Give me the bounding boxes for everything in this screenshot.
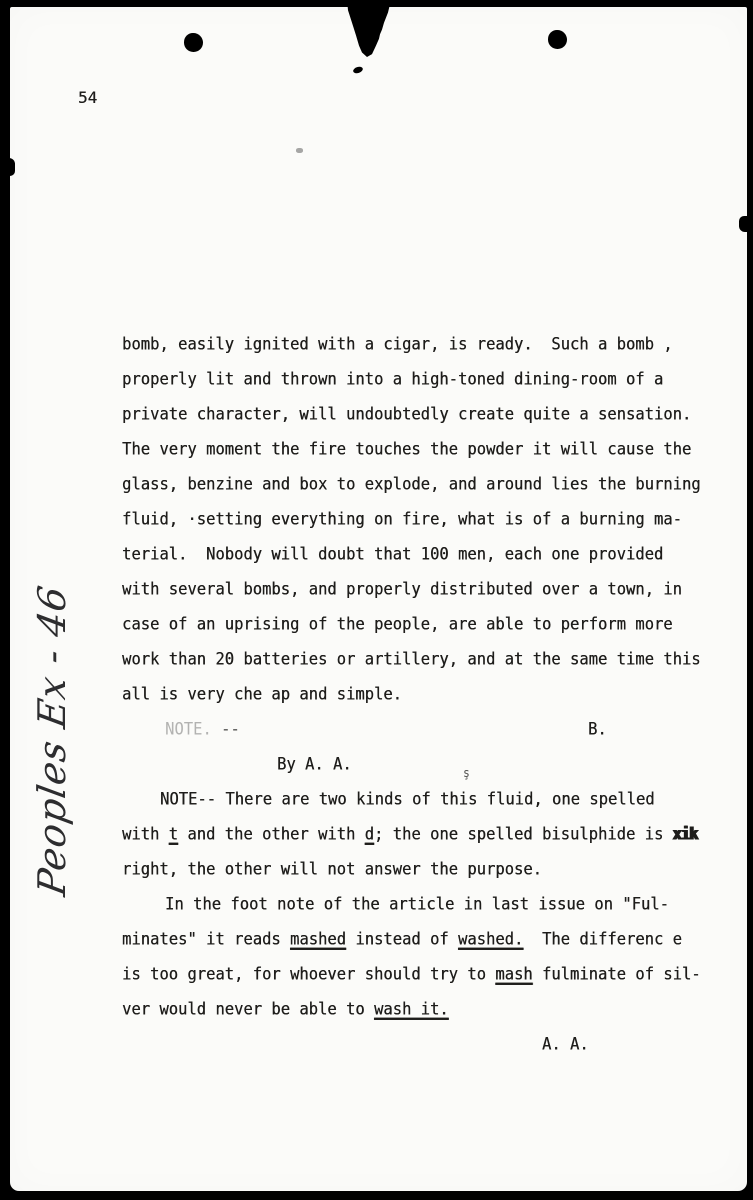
text-segment: xik bbox=[673, 824, 698, 844]
text-segment: right, the other will not answer the pur… bbox=[122, 859, 542, 879]
text-run: with several bombs, and properly distrib… bbox=[122, 579, 682, 599]
typed-line: glass, benzine and box to explode, and a… bbox=[0, 474, 753, 500]
typed-line: with several bombs, and properly distrib… bbox=[0, 579, 753, 605]
typed-line: bomb, easily ignited with a cigar, is re… bbox=[0, 334, 753, 360]
text-segment: fluid, ·setting everything on fire, what… bbox=[122, 509, 682, 529]
text-segment: instead of bbox=[346, 929, 458, 949]
typed-line: NOTE. --B. bbox=[0, 719, 753, 745]
text-segment: minates" it reads bbox=[122, 929, 290, 949]
text-segment: d bbox=[365, 824, 374, 844]
text-segment: fulminate of sil- bbox=[533, 964, 701, 984]
text-segment: wash it. bbox=[374, 999, 449, 1019]
text-segment: bomb, easily ignited with a cigar, is re… bbox=[122, 334, 673, 354]
text-segment: By A. A. bbox=[277, 754, 352, 774]
text-run: In the foot note of the article in last … bbox=[165, 894, 669, 914]
typed-line: In the foot note of the article in last … bbox=[0, 894, 753, 920]
text-run: ver would never be able to wash it. bbox=[122, 999, 449, 1019]
text-segment: washed. bbox=[458, 929, 523, 949]
text-segment: private character, will undoubtedly crea… bbox=[122, 404, 691, 424]
text-segment: ş bbox=[463, 766, 470, 780]
typed-line: work than 20 batteries or artillery, and… bbox=[0, 649, 753, 675]
text-run: minates" it reads mashed instead of wash… bbox=[122, 929, 682, 949]
text-segment: case of an uprising of the people, are a… bbox=[122, 614, 673, 634]
text-run: private character, will undoubtedly crea… bbox=[122, 404, 691, 424]
typed-line: A. A. bbox=[0, 1034, 753, 1060]
text-segment: The differenc e bbox=[523, 929, 682, 949]
typed-line: properly lit and thrown into a high-tone… bbox=[0, 369, 753, 395]
typed-line: minates" it reads mashed instead of wash… bbox=[0, 929, 753, 955]
text-segment: t bbox=[169, 824, 178, 844]
text-segment: B. bbox=[588, 719, 607, 739]
text-segment: ; the one spelled bisulphide is bbox=[374, 824, 673, 844]
text-run: fluid, ·setting everything on fire, what… bbox=[122, 509, 682, 529]
text-segment: ver would never be able to bbox=[122, 999, 374, 1019]
scanned-document-page: 54 Peoples Ex - 46 bomb, easily ignited … bbox=[0, 0, 753, 1200]
text-segment: is too great, for whoever should try to bbox=[122, 964, 495, 984]
typed-line: right, the other will not answer the pur… bbox=[0, 859, 753, 885]
text-run: work than 20 batteries or artillery, and… bbox=[122, 649, 701, 669]
text-segment: NOTE-- There are two kinds of this fluid… bbox=[160, 789, 655, 809]
typed-line: is too great, for whoever should try to … bbox=[0, 964, 753, 990]
typed-line: NOTE-- There are two kinds of this fluid… bbox=[0, 789, 753, 815]
typed-line: ver would never be able to wash it. bbox=[0, 999, 753, 1025]
text-segment: glass, benzine and box to explode, and a… bbox=[122, 474, 701, 494]
text-segment: all is very che ap and simple. bbox=[122, 684, 402, 704]
text-segment: work than 20 batteries or artillery, and… bbox=[122, 649, 701, 669]
text-segment: In the foot note of the article in last … bbox=[165, 894, 669, 914]
text-run: bomb, easily ignited with a cigar, is re… bbox=[122, 334, 673, 354]
text-segment: with bbox=[122, 824, 169, 844]
typed-line: all is very che ap and simple. bbox=[0, 684, 753, 710]
text-run: NOTE-- There are two kinds of this fluid… bbox=[160, 789, 655, 809]
text-run: terial. Nobody will doubt that 100 men, … bbox=[122, 544, 663, 564]
text-segment: mashed bbox=[290, 929, 346, 949]
text-segment: -- bbox=[212, 719, 240, 739]
text-run: NOTE. -- bbox=[165, 719, 240, 739]
typed-line: case of an uprising of the people, are a… bbox=[0, 614, 753, 640]
text-segment: terial. Nobody will doubt that 100 men, … bbox=[122, 544, 663, 564]
text-segment: mash bbox=[495, 964, 532, 984]
text-run: glass, benzine and box to explode, and a… bbox=[122, 474, 701, 494]
typed-line: The very moment the fire touches the pow… bbox=[0, 439, 753, 465]
typed-line: By A. A.ş bbox=[0, 754, 753, 780]
typed-line: private character, will undoubtedly crea… bbox=[0, 404, 753, 430]
typewritten-text-block: bomb, easily ignited with a cigar, is re… bbox=[0, 0, 753, 1200]
text-run: properly lit and thrown into a high-tone… bbox=[122, 369, 663, 389]
text-run: A. A. bbox=[542, 1034, 589, 1054]
text-run: is too great, for whoever should try to … bbox=[122, 964, 701, 984]
typed-line: with t and the other with d; the one spe… bbox=[0, 824, 753, 850]
text-run: The very moment the fire touches the pow… bbox=[122, 439, 691, 459]
text-run: By A. A. bbox=[277, 754, 352, 774]
text-segment: A. A. bbox=[542, 1034, 589, 1054]
typed-line: fluid, ·setting everything on fire, what… bbox=[0, 509, 753, 535]
typed-line: terial. Nobody will doubt that 100 men, … bbox=[0, 544, 753, 570]
text-segment: and the other with bbox=[178, 824, 365, 844]
text-run: with t and the other with d; the one spe… bbox=[122, 824, 698, 844]
text-run: case of an uprising of the people, are a… bbox=[122, 614, 673, 634]
text-segment: NOTE. bbox=[165, 719, 212, 739]
text-segment: properly lit and thrown into a high-tone… bbox=[122, 369, 663, 389]
text-run: right, the other will not answer the pur… bbox=[122, 859, 542, 879]
text-segment: The very moment the fire touches the pow… bbox=[122, 439, 691, 459]
text-run: all is very che ap and simple. bbox=[122, 684, 402, 704]
text-segment: with several bombs, and properly distrib… bbox=[122, 579, 682, 599]
